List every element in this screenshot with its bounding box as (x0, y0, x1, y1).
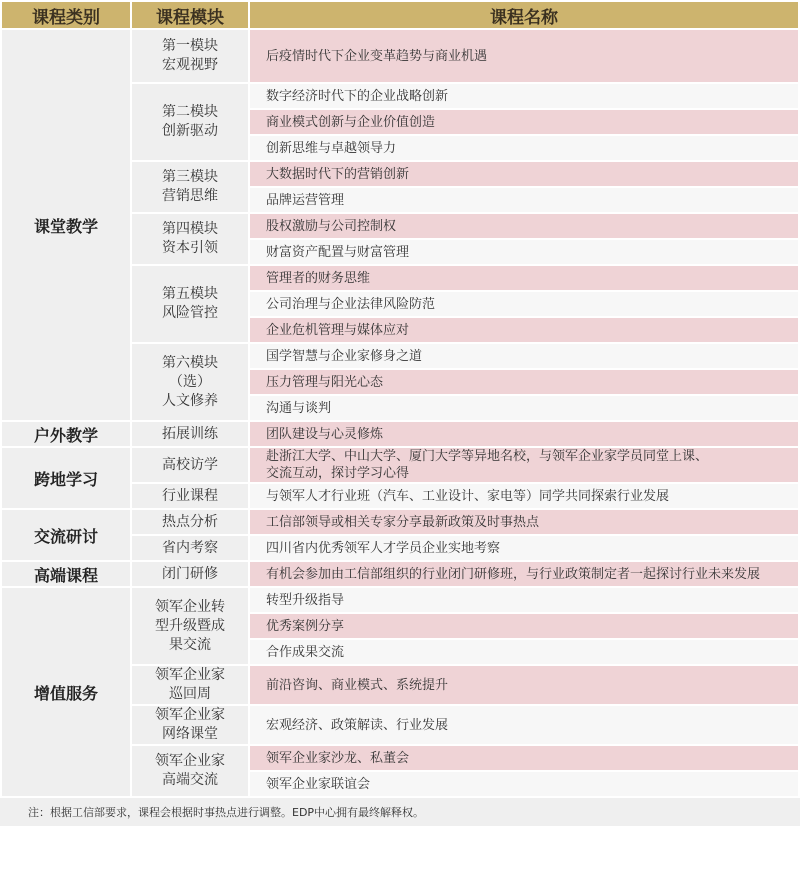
course-cell: 宏观经济、政策解读、行业发展 (249, 705, 799, 745)
module-cell: 省内考察 (131, 535, 249, 561)
category-cell: 课堂教学 (1, 29, 131, 421)
course-cell: 创新思维与卓越领导力 (249, 135, 799, 161)
table-row: 课堂教学第一模块 宏观视野后疫情时代下企业变革趋势与商业机遇 (1, 29, 799, 83)
module-cell: 热点分析 (131, 509, 249, 535)
table-row: 跨地学习高校访学赴浙江大学、中山大学、厦门大学等异地名校，与领军企业家学员同堂上… (1, 447, 799, 483)
course-cell: 工信部领导或相关专家分享最新政策及时事热点 (249, 509, 799, 535)
module-cell: 闭门研修 (131, 561, 249, 587)
course-cell: 企业危机管理与媒体应对 (249, 317, 799, 343)
header-course: 课程名称 (249, 1, 799, 29)
module-cell: 拓展训练 (131, 421, 249, 447)
header-category: 课程类别 (1, 1, 131, 29)
footnote: 注：根据工信部要求，课程会根据时事热点进行调整。EDP中心拥有最终解释权。 (0, 798, 800, 826)
course-cell: 合作成果交流 (249, 639, 799, 665)
module-cell: 第三模块 营销思维 (131, 161, 249, 213)
category-cell: 交流研讨 (1, 509, 131, 561)
category-cell: 高端课程 (1, 561, 131, 587)
course-table: 课程类别 课程模块 课程名称 课堂教学第一模块 宏观视野后疫情时代下企业变革趋势… (0, 0, 800, 798)
course-cell: 公司治理与企业法律风险防范 (249, 291, 799, 317)
course-cell: 有机会参加由工信部组织的行业闭门研修班，与行业政策制定者一起探讨行业未来发展 (249, 561, 799, 587)
header-module: 课程模块 (131, 1, 249, 29)
course-cell: 股权激励与公司控制权 (249, 213, 799, 239)
table-row: 高端课程闭门研修有机会参加由工信部组织的行业闭门研修班，与行业政策制定者一起探讨… (1, 561, 799, 587)
course-cell: 商业模式创新与企业价值创造 (249, 109, 799, 135)
course-cell: 与领军人才行业班（汽车、工业设计、家电等）同学共同探索行业发展 (249, 483, 799, 509)
course-cell: 大数据时代下的营销创新 (249, 161, 799, 187)
course-cell: 前沿咨询、商业模式、系统提升 (249, 665, 799, 705)
course-cell: 四川省内优秀领军人才学员企业实地考察 (249, 535, 799, 561)
course-cell: 管理者的财务思维 (249, 265, 799, 291)
course-cell: 领军企业家沙龙、私董会 (249, 745, 799, 771)
module-cell: 领军企业转 型升级暨成 果交流 (131, 587, 249, 665)
course-cell: 沟通与谈判 (249, 395, 799, 421)
course-cell: 领军企业家联谊会 (249, 771, 799, 797)
module-cell: 第五模块 风险管控 (131, 265, 249, 343)
module-cell: 第一模块 宏观视野 (131, 29, 249, 83)
module-cell: 领军企业家 高端交流 (131, 745, 249, 797)
module-cell: 第六模块 （选） 人文修养 (131, 343, 249, 421)
module-cell: 高校访学 (131, 447, 249, 483)
module-cell: 领军企业家 网络课堂 (131, 705, 249, 745)
table-row: 交流研讨热点分析工信部领导或相关专家分享最新政策及时事热点 (1, 509, 799, 535)
course-cell: 国学智慧与企业家修身之道 (249, 343, 799, 369)
course-cell: 赴浙江大学、中山大学、厦门大学等异地名校，与领军企业家学员同堂上课、 交流互动，… (249, 447, 799, 483)
table-row: 户外教学拓展训练团队建设与心灵修炼 (1, 421, 799, 447)
course-cell: 转型升级指导 (249, 587, 799, 613)
module-cell: 第四模块 资本引领 (131, 213, 249, 265)
table-row: 增值服务领军企业转 型升级暨成 果交流转型升级指导 (1, 587, 799, 613)
category-cell: 增值服务 (1, 587, 131, 797)
header-row: 课程类别 课程模块 课程名称 (1, 1, 799, 29)
course-cell: 财富资产配置与财富管理 (249, 239, 799, 265)
module-cell: 第二模块 创新驱动 (131, 83, 249, 161)
course-cell: 压力管理与阳光心态 (249, 369, 799, 395)
module-cell: 领军企业家 巡回周 (131, 665, 249, 705)
category-cell: 跨地学习 (1, 447, 131, 509)
course-cell: 品牌运营管理 (249, 187, 799, 213)
course-cell: 数字经济时代下的企业战略创新 (249, 83, 799, 109)
course-cell: 后疫情时代下企业变革趋势与商业机遇 (249, 29, 799, 83)
course-cell: 团队建设与心灵修炼 (249, 421, 799, 447)
module-cell: 行业课程 (131, 483, 249, 509)
course-cell: 优秀案例分享 (249, 613, 799, 639)
category-cell: 户外教学 (1, 421, 131, 447)
